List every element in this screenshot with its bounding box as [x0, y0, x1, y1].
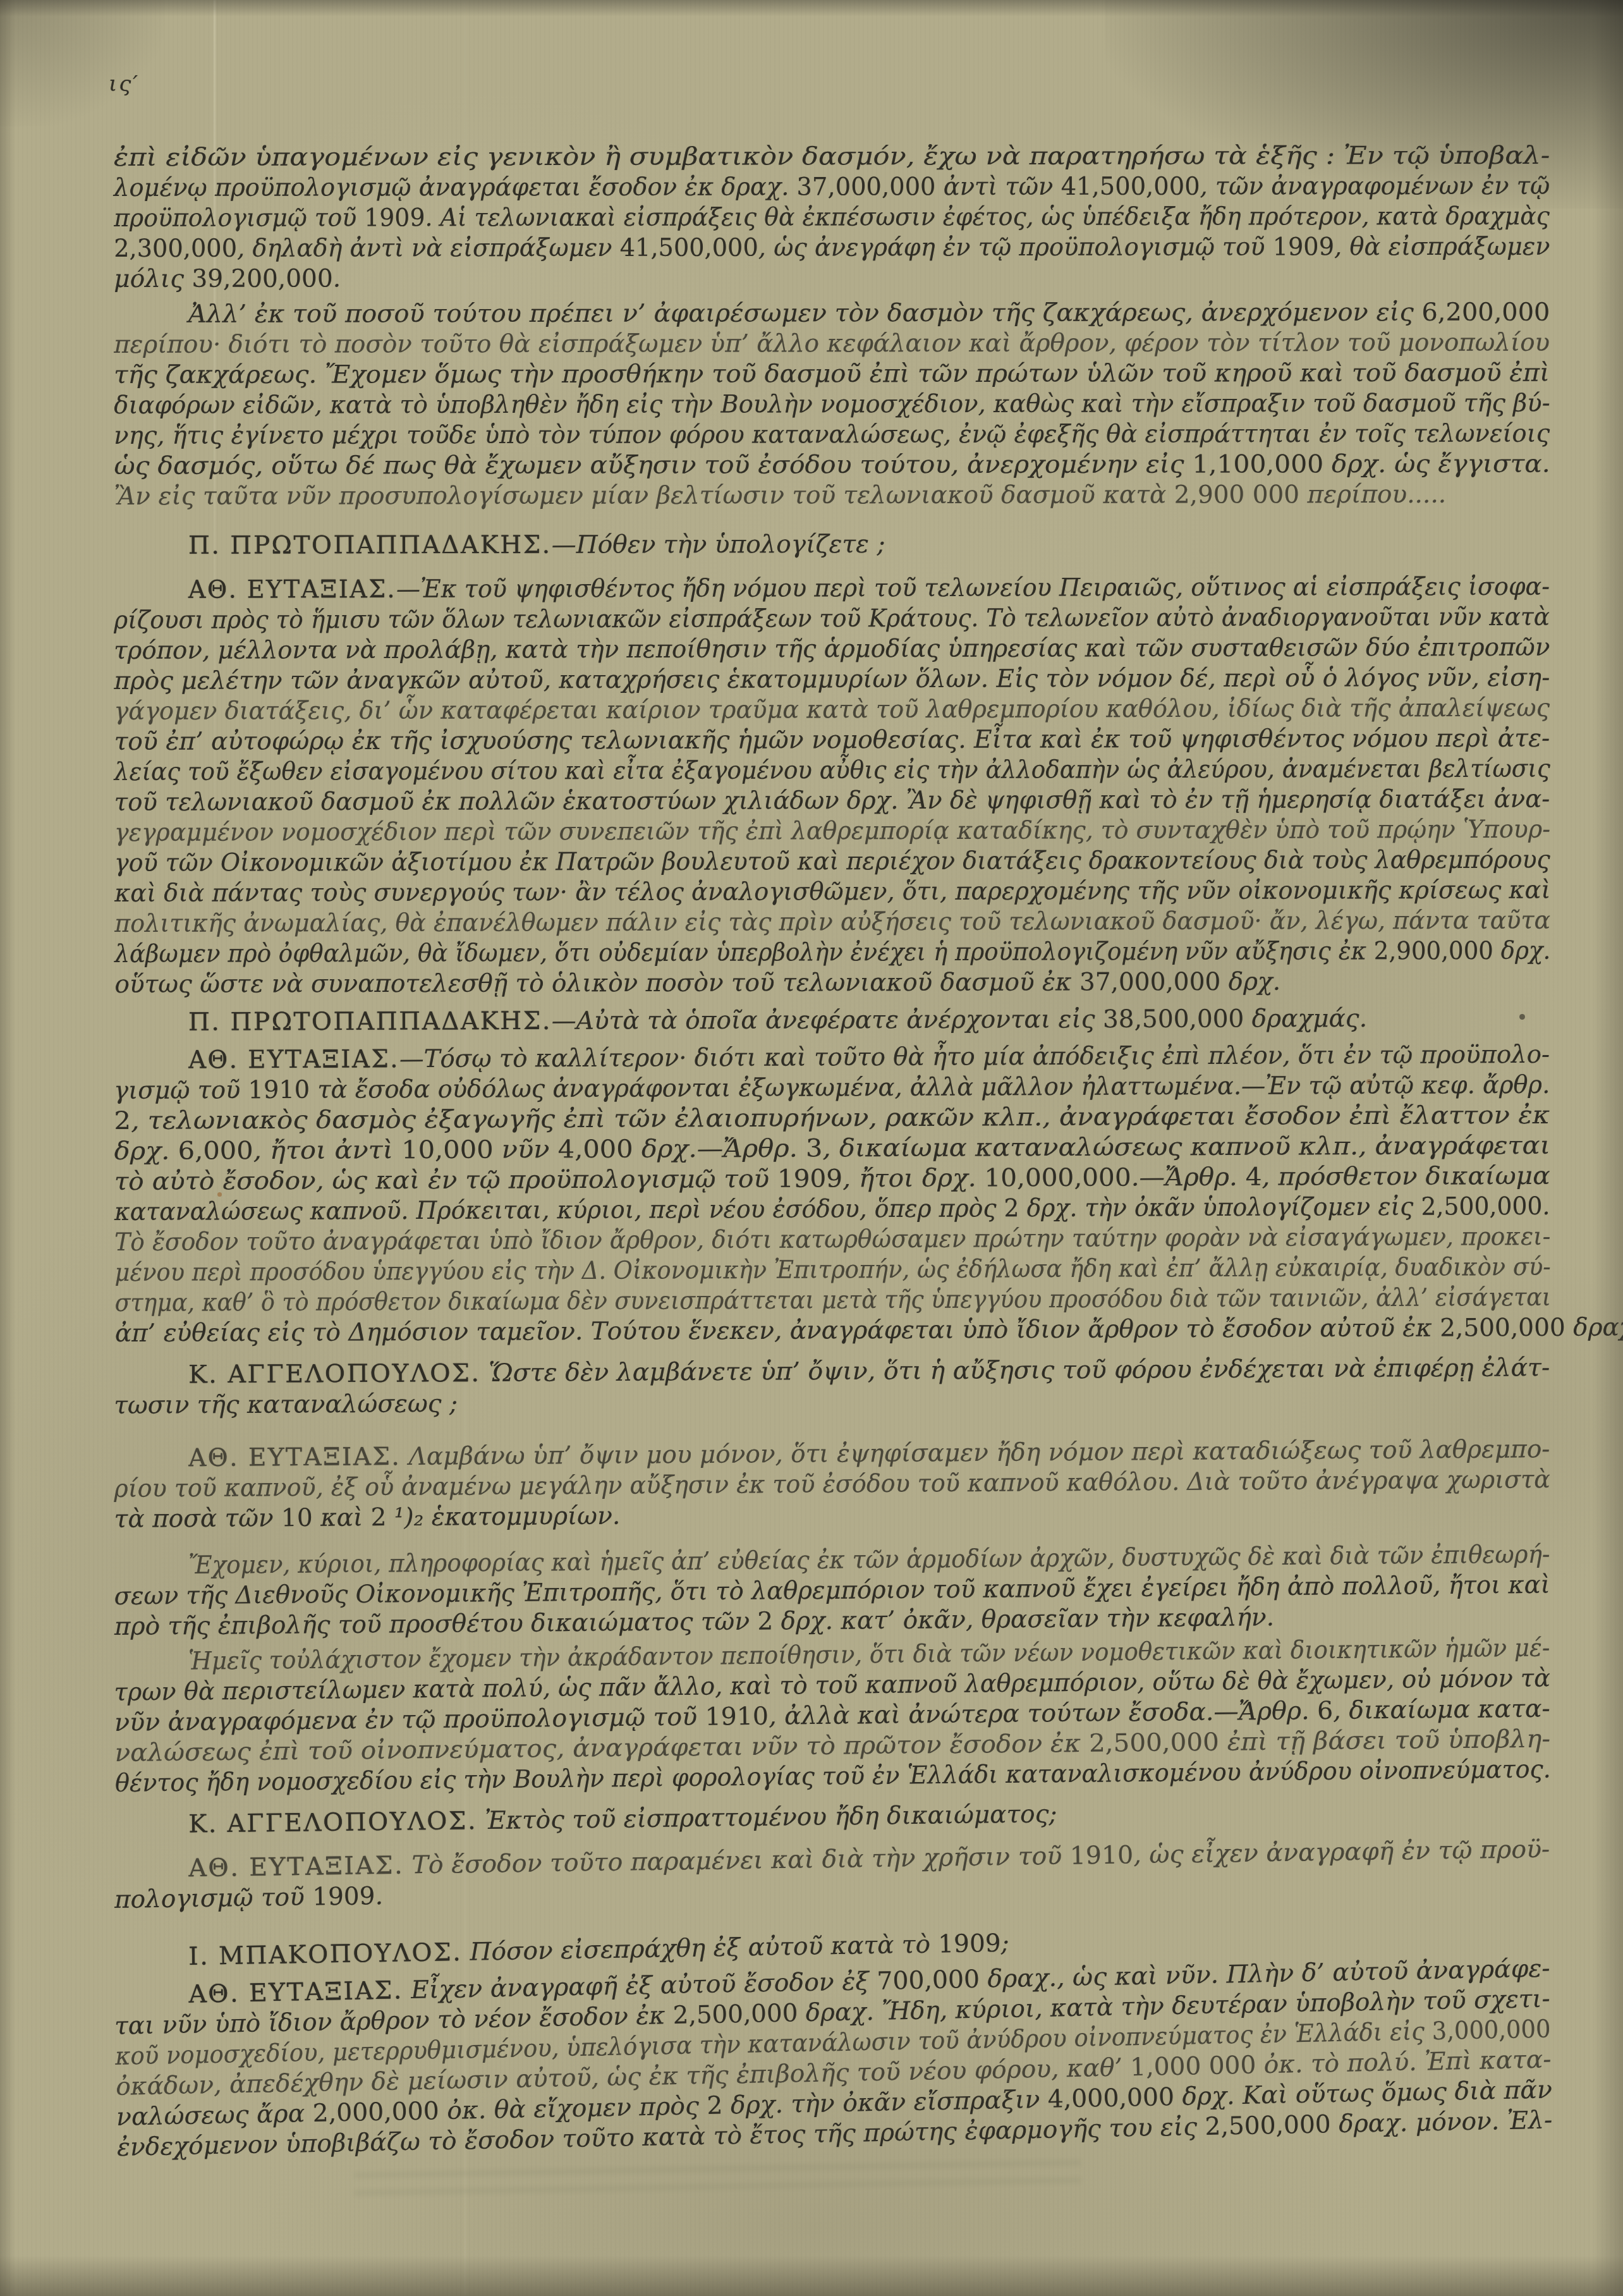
paragraph: Π. ΠΡΩΤΟΠΑΠΠΑΔΑΚΗΣ.—Πόθεν τὴν ὑπολογίζετ…: [114, 528, 1550, 561]
text-line: στημα, καθ’ ὃ τὸ πρόσθετον δικαίωμα δὲν …: [115, 1283, 1551, 1319]
text-line: μόλις 39,200,000.: [114, 262, 1550, 295]
paragraph: Ἔχομεν, κύριοι, πληροφορίας καὶ ἡμεῖς ἀπ…: [114, 1540, 1550, 1642]
text-line: τῆς ζακχάρεως. Ἔχομεν ὅμως τὴν προσθήκην…: [114, 358, 1550, 391]
text-line: τοῦ τελωνιακοῦ δασμοῦ ἐκ πολλῶν ἑκατοστύ…: [114, 785, 1550, 818]
paragraph: ΑΘ. ΕΥΤΑΞΙΑΣ.—Τόσῳ τὸ καλλίτερον· διότι …: [114, 1040, 1551, 1349]
text-line: Ἀλλ’ ἐκ τοῦ ποσοῦ τούτου πρέπει ν’ ἀφαιρ…: [114, 298, 1550, 330]
scan-shadow-left: [0, 0, 15, 2296]
numeral: 2,500,000: [672, 1999, 798, 2030]
scan-shadow-bottom: [0, 2256, 1623, 2296]
paragraph: ΑΘ. ΕΥΤΑΞΙΑΣ. Λαμβάνω ὑπ’ ὄψιν μου μόνον…: [114, 1434, 1550, 1535]
paragraph: Κ. ΑΓΓΕΛΟΠΟΥΛΟΣ. Ὥστε δὲν λαμβάνετε ὑπ’ …: [114, 1353, 1550, 1421]
text-line: γεγραμμένον νομοσχέδιον περὶ τῶν συνεπει…: [114, 815, 1550, 848]
numeral: 3,000,000: [1432, 2015, 1551, 2046]
speaker-name: Π. ΠΡΩΤΟΠΑΠΠΑΔΑΚΗΣ.: [188, 531, 552, 560]
text-line: πρὸς μελέτην τῶν ἀναγκῶν αὐτοῦ, καταχρήσ…: [114, 663, 1550, 697]
numeral: 1910: [1070, 1841, 1134, 1870]
numeral: 41,500,000: [620, 234, 758, 262]
numeral: 2: [757, 1608, 773, 1636]
text-line: γοῦ τῶν Οἰκονομικῶν ἀξιοτίμου ἐκ Πατρῶν …: [114, 845, 1550, 879]
speaker-name: ΑΘ. ΕΥΤΑΞΙΑΣ.: [188, 1045, 399, 1074]
numeral: 2,300,000: [114, 235, 237, 263]
speaker-name: ΑΘ. ΕΥΤΑΞΙΑΣ.: [188, 1976, 403, 2008]
text-line: λάβωμεν πρὸ ὀφθαλμῶν, θὰ ἴδωμεν, ὅτι οὐδ…: [114, 936, 1550, 970]
numeral: 2: [1004, 1194, 1019, 1223]
text-line: Ἂν εἰς ταῦτα νῦν προσυπολογίσωμεν μίαν β…: [114, 480, 1550, 512]
text-line: γάγομεν διατάξεις, δι’ ὧν καταφέρεται κα…: [114, 693, 1550, 727]
numeral: 1909: [777, 1164, 842, 1193]
numeral: 2: [707, 2092, 723, 2120]
speaker-name: Κ. ΑΓΓΕΛΟΠΟΥΛΟΣ.: [188, 1807, 477, 1838]
paragraph: ΑΘ. ΕΥΤΑΞΙΑΣ. Εἶχεν ἀναγραφῆ ἐξ αὐτοῦ ἔσ…: [114, 1954, 1553, 2163]
numeral: 1909: [312, 1882, 375, 1911]
numeral: 38,500,000: [1103, 1005, 1244, 1034]
speaker-name: ΑΘ. ΕΥΤΑΞΙΑΣ.: [188, 575, 396, 604]
speaker-name: Ι. ΜΠΑΚΟΠΟΥΛΟΣ.: [188, 1938, 462, 1971]
text-line: ἀπ’ εὐθείας εἰς τὸ Δημόσιον ταμεῖον. Τού…: [115, 1313, 1551, 1349]
numeral: 2: [371, 1503, 387, 1532]
numeral: 3: [806, 1134, 823, 1163]
text-line: διαφόρων εἰδῶν, κατὰ τὸ ὑποβληθὲν ἤδη εἰ…: [114, 389, 1550, 421]
numeral: 1,100,000: [1193, 450, 1324, 479]
document-page: ις′ ἐπὶ εἰδῶν ὑπαγομένων εἰς γενικὸν ἢ σ…: [0, 0, 1623, 2296]
numeral: 6: [1317, 1697, 1334, 1725]
text-line: καὶ διὰ πάντας τοὺς συνεργούς των· ἂν τέ…: [114, 876, 1550, 909]
numeral: 4,000,000: [1047, 2083, 1174, 2114]
numeral: 6,200,000: [1421, 298, 1550, 327]
numeral: 39,200,000: [191, 265, 332, 293]
paragraph: Ἀλλ’ ἐκ τοῦ ποσοῦ τούτου πρέπει ν’ ἀφαιρ…: [114, 298, 1550, 512]
rust-speck: [217, 1192, 222, 1197]
text-line: 2,300,000, δηλαδὴ ἀντὶ νὰ εἰσπράξωμεν 41…: [114, 232, 1550, 264]
text-block: ἐπὶ εἰδῶν ὑπαγομένων εἰς γενικὸν ἢ συμβα…: [114, 143, 1550, 2163]
text-line: ὡς δασμός, οὕτω δέ πως θὰ ἔχωμεν αὔξησιν…: [114, 449, 1550, 482]
numeral: 700,000: [877, 1965, 980, 1996]
speaker-name: ΑΘ. ΕΥΤΑΞΙΑΣ.: [188, 1852, 404, 1883]
numeral: 37,000,000: [797, 173, 936, 201]
paragraph: Ἡμεῖς τοὐλάχιστον ἔχομεν τὴν ἀκράδαντον …: [114, 1633, 1551, 1799]
numeral: 1910: [705, 1702, 769, 1731]
speaker-name: Π. ΠΡΩΤΟΠΑΠΠΑΔΑΚΗΣ.: [188, 1007, 552, 1037]
text-line: Π. ΠΡΩΤΟΠΑΠΠΑΔΑΚΗΣ.—Πόθεν τὴν ὑπολογίζετ…: [114, 528, 1550, 561]
numeral: 1909: [1273, 233, 1334, 261]
text-line: Π. ΠΡΩΤΟΠΑΠΠΑΔΑΚΗΣ.—Αὐτὰ τὰ ὁποῖα ἀνεφέρ…: [114, 1003, 1550, 1038]
numeral: 1,000 000: [1130, 2051, 1256, 2082]
numeral: 37,000,000: [1079, 968, 1220, 997]
corner-stain: [0, 0, 164, 126]
numeral: 10,000,000: [984, 1164, 1131, 1193]
text-line: ρίζουσι πρὸς τὸ ἥμισυ τῶν ὅλων τελωνιακῶ…: [114, 602, 1550, 636]
numeral: 10: [281, 1504, 313, 1532]
numeral: 10,000: [401, 1136, 494, 1165]
text-line: τοῦ ἐπ’ αὐτοφώρῳ ἐκ τῆς ἰσχυούσης τελωνι…: [114, 724, 1550, 757]
paragraph: Π. ΠΡΩΤΟΠΑΠΠΑΔΑΚΗΣ.—Αὐτὰ τὰ ὁποῖα ἀνεφέρ…: [114, 1003, 1550, 1038]
corner-stain: [1105, 0, 1623, 209]
numeral: 1909: [364, 204, 425, 232]
numeral: 2,500,000: [1089, 1728, 1219, 1758]
numeral: 2: [114, 1107, 131, 1135]
numeral: 2,500,000: [1440, 1314, 1565, 1343]
numeral: 2,900,000: [1374, 937, 1493, 965]
numeral: 4: [1246, 1163, 1262, 1192]
text-line: πολιτικῆς ἀνωμαλίας, θὰ ἐπανέλθωμεν πάλι…: [114, 906, 1550, 939]
paragraph: ΑΘ. ΕΥΤΑΞΙΑΣ. Τὸ ἔσοδον τοῦτο παραμένει …: [114, 1835, 1550, 1915]
text-line: περίπου· διότι τὸ ποσὸν τοῦτο θὰ εἰσπράξ…: [114, 328, 1550, 360]
text-line: Κ. ΑΓΓΕΛΟΠΟΥΛΟΣ. Ἐκτὸς τοῦ εἰσπραττομένο…: [114, 1793, 1550, 1841]
numeral: 4,000: [558, 1135, 633, 1164]
text-line: λείας τοῦ ἔξωθεν εἰσαγομένου σίτου καὶ ε…: [114, 754, 1550, 788]
numeral: 2,900 000: [1174, 480, 1300, 509]
numeral: 2,500,000: [1205, 2110, 1331, 2141]
numeral: 2,000,000: [312, 2097, 439, 2128]
numeral: 2,500,000: [1421, 1192, 1542, 1221]
text-line: νης, ἥτις ἐγίνετο μέχρι τοῦδε ὑπὸ τὸν τύ…: [114, 419, 1550, 451]
rust-speck: [1366, 1079, 1371, 1084]
scan-shadow-right: [1593, 0, 1623, 2296]
speaker-name: ΑΘ. ΕΥΤΑΞΙΑΣ.: [188, 1443, 401, 1472]
numeral: 1909: [938, 1929, 1001, 1959]
paragraph: Κ. ΑΓΓΕΛΟΠΟΥΛΟΣ. Ἐκτὸς τοῦ εἰσπραττομένο…: [114, 1793, 1550, 1841]
numeral: 1910: [248, 1076, 310, 1104]
numeral: 6,000: [178, 1137, 253, 1165]
text-line: οὕτως ὥστε νὰ συναποτελεσθῇ τὸ ὁλικὸν πο…: [114, 967, 1550, 1000]
speaker-name: Κ. ΑΓΓΕΛΟΠΟΥΛΟΣ.: [188, 1359, 481, 1389]
ink-speck: [1519, 1014, 1525, 1020]
text-line: ΑΘ. ΕΥΤΑΞΙΑΣ.—Ἐκ τοῦ ψηφισθέντος ἤδη νόμ…: [114, 572, 1550, 606]
text-line: τρόπον, μέλλοντα νὰ προλάβῃ, κατὰ τὴν πε…: [114, 633, 1550, 666]
paragraph: ΑΘ. ΕΥΤΑΞΙΑΣ.—Ἐκ τοῦ ψηφισθέντος ἤδη νόμ…: [114, 572, 1551, 1000]
